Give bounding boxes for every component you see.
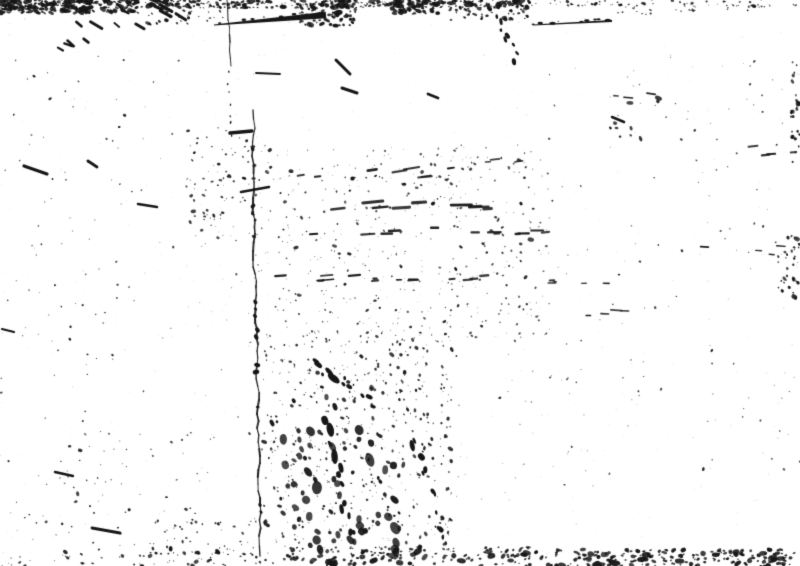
grunge-texture-image bbox=[0, 0, 800, 566]
grunge-texture-canvas bbox=[0, 0, 800, 566]
